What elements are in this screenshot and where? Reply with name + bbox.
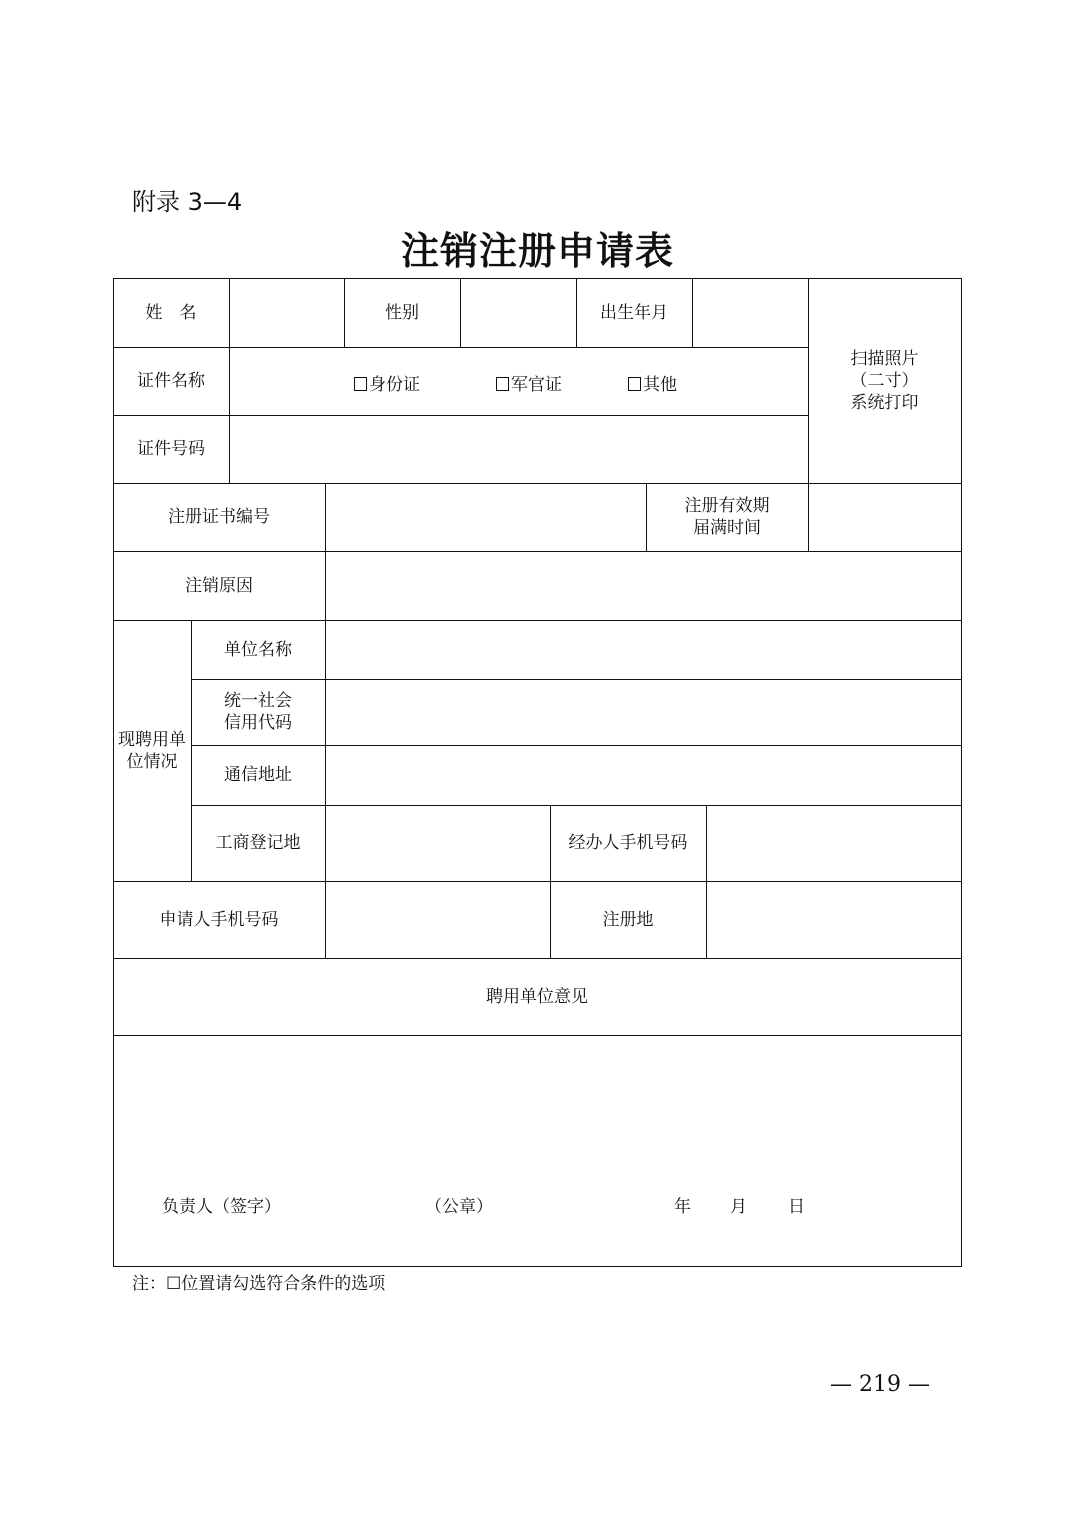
birth-field[interactable]	[692, 278, 808, 347]
checkbox-label: 其他	[643, 375, 677, 395]
footnote: 注：☐位置请勾选符合条件的选项	[132, 1269, 385, 1294]
checkbox-label: 军官证	[511, 375, 562, 395]
checkbox-icon	[496, 377, 509, 391]
employer-name-field[interactable]	[325, 620, 961, 679]
id-number-label: 证件号码	[113, 415, 229, 483]
checkbox-icon	[354, 377, 367, 391]
opinion-label: 聘用单位意见	[113, 958, 961, 1035]
credit-code-field[interactable]	[325, 679, 961, 745]
id-number-field[interactable]	[229, 415, 808, 483]
checkbox-label: 身份证	[369, 375, 420, 395]
page-title: 注销注册申请表	[0, 220, 1075, 275]
opinion-field[interactable]	[113, 1035, 961, 1266]
reg-place-field[interactable]	[706, 881, 961, 958]
gender-label: 性别	[344, 278, 460, 347]
seal-label: （公章）	[425, 1192, 493, 1217]
checkbox-id-card[interactable]: 身份证	[354, 370, 420, 395]
appendix-label: 附录 3—4	[132, 182, 242, 217]
employer-name-label: 单位名称	[191, 620, 325, 679]
expiry-field[interactable]	[808, 483, 961, 551]
biz-reg-label: 工商登记地	[191, 805, 325, 881]
photo-placeholder: 扫描照片 （二寸） 系统打印	[808, 278, 961, 483]
id-type-label: 证件名称	[113, 347, 229, 415]
expiry-label: 注册有效期 届满时间	[646, 483, 808, 551]
cancel-reason-field[interactable]	[325, 551, 961, 620]
page-number: — 219 —	[830, 1372, 930, 1397]
handler-phone-field[interactable]	[706, 805, 961, 881]
table-border-right	[961, 278, 962, 1266]
applicant-phone-field[interactable]	[325, 881, 550, 958]
name-label: 姓 名	[113, 278, 229, 347]
year-label: 年	[674, 1192, 691, 1217]
checkbox-icon	[628, 377, 641, 391]
checkbox-officer-card[interactable]: 军官证	[496, 370, 562, 395]
month-label: 月	[730, 1192, 747, 1217]
applicant-phone-label: 申请人手机号码	[113, 881, 325, 958]
address-label: 通信地址	[191, 745, 325, 805]
employer-section-label: 现聘用单 位情况	[113, 620, 191, 881]
cancel-reason-label: 注销原因	[113, 551, 325, 620]
table-border-bottom	[113, 1266, 962, 1267]
gender-field[interactable]	[460, 278, 576, 347]
reg-place-label: 注册地	[550, 881, 706, 958]
checkbox-other[interactable]: 其他	[628, 370, 677, 395]
name-field[interactable]	[229, 278, 344, 347]
cert-no-label: 注册证书编号	[113, 483, 325, 551]
day-label: 日	[788, 1192, 805, 1217]
biz-reg-field[interactable]	[325, 805, 550, 881]
credit-code-label: 统一社会 信用代码	[191, 679, 325, 745]
address-field[interactable]	[325, 745, 961, 805]
birth-label: 出生年月	[576, 278, 692, 347]
handler-phone-label: 经办人手机号码	[550, 805, 706, 881]
cert-no-field[interactable]	[325, 483, 646, 551]
signature-label: 负责人（签字）	[162, 1192, 281, 1217]
